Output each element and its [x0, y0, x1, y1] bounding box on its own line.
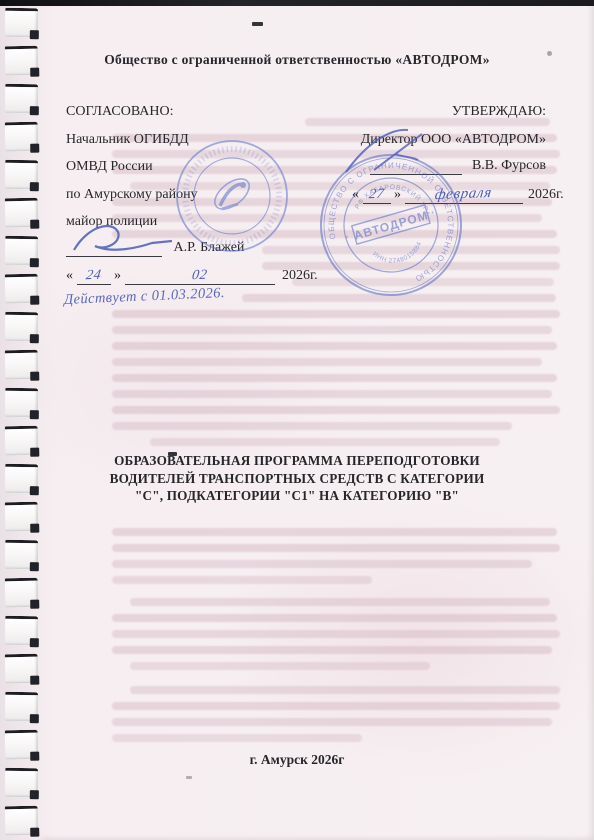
- scanned-document-page: Общество с ограниченной ответственностью…: [0, 0, 594, 840]
- binding-tooth: [5, 198, 39, 228]
- binding-tooth: [5, 502, 39, 532]
- bleed-through-line: [112, 374, 557, 382]
- police-round-stamp: [172, 136, 292, 256]
- bleed-through-line: [112, 310, 560, 318]
- binding-tooth: [5, 236, 38, 265]
- bleed-through-line: [130, 686, 560, 694]
- svg-text:ИНН 2748015884: ИНН 2748015884: [370, 237, 427, 271]
- binding-tooth: [5, 122, 39, 152]
- agreed-line-1: Начальник ОГИБДД: [66, 132, 189, 148]
- binding-tooth: [5, 160, 38, 189]
- bleed-through-line: [112, 614, 557, 622]
- quote-open: «: [66, 268, 73, 283]
- stamp-inn-text: ИНН 2748015884: [370, 237, 427, 271]
- bleed-through-line: [112, 342, 557, 350]
- bleed-through-line: [112, 718, 552, 726]
- scan-speck: [252, 22, 263, 26]
- agreed-day-handwritten: 24: [85, 268, 103, 285]
- binding-tooth: [5, 84, 38, 113]
- agreed-month-handwritten: 02: [191, 268, 209, 285]
- bleed-through-line: [112, 646, 552, 654]
- agreed-line-2: ОМВД России: [66, 159, 153, 175]
- document-title: ОБРАЗОВАТЕЛЬНАЯ ПРОГРАММА ПЕРЕПОДГОТОВКИ…: [40, 452, 554, 505]
- document-title-line-1: ОБРАЗОВАТЕЛЬНАЯ ПРОГРАММА ПЕРЕПОДГОТОВКИ: [40, 452, 554, 470]
- scan-speck: [186, 776, 192, 779]
- bleed-through-line: [112, 422, 512, 430]
- binding-tooth: [5, 616, 38, 645]
- document-title-line-2: ВОДИТЕЛЕЙ ТРАНСПОРТНЫХ СРЕДСТВ С КАТЕГОР…: [40, 470, 554, 488]
- approved-signer-name: В.В. Фурсов: [472, 158, 546, 173]
- agreed-year: 2026г.: [282, 268, 318, 283]
- bleed-through-line: [112, 702, 560, 710]
- binding-tooth: [5, 8, 38, 37]
- bleed-through-line: [150, 438, 500, 446]
- bleed-through-line: [130, 598, 550, 606]
- bleed-through-line: [112, 528, 557, 536]
- document-title-line-3: "С", ПОДКАТЕГОРИИ "С1" НА КАТЕГОРИЮ "В": [40, 487, 554, 505]
- bleed-through-line: [112, 544, 560, 552]
- bleed-through-line: [112, 326, 552, 334]
- binding-tooth: [5, 274, 39, 304]
- approved-heading: УТВЕРЖДАЮ:: [346, 104, 546, 120]
- binding-tooth: [5, 692, 38, 721]
- bleed-through-line: [112, 358, 542, 366]
- bleed-through-line: [112, 630, 560, 638]
- stamp-ring-text-illegible: [185, 149, 279, 243]
- scan-top-edge: [0, 0, 594, 6]
- handwritten-note: Действует с 01.03.2026.: [64, 285, 226, 309]
- bleed-through-line: [130, 662, 430, 670]
- binding-tooth: [5, 426, 39, 456]
- stamp-star-right: *: [431, 211, 436, 219]
- agreed-date-row: « 24 » 02 2026г.: [66, 268, 318, 285]
- city-year: г. Амурск 2026г: [0, 752, 594, 768]
- agreed-heading: СОГЛАСОВАНО:: [66, 104, 174, 120]
- bleed-through-line: [112, 576, 372, 584]
- binding-tooth: [5, 578, 39, 608]
- binding-tooth: [5, 350, 39, 380]
- stamp-center-text: АВТОДРОМ: [352, 208, 430, 243]
- binding-tooth: [5, 806, 39, 836]
- bleed-through-line: [112, 734, 362, 742]
- binding-tooth: [5, 654, 39, 684]
- binding-tooth: [5, 388, 38, 417]
- bleed-through-line: [112, 390, 552, 398]
- binding-tooth: [5, 540, 38, 569]
- binding-tooth: [5, 464, 38, 493]
- organization-name: Общество с ограниченной ответственностью…: [0, 52, 594, 68]
- scan-speck: [30, 793, 35, 796]
- binding-tooth: [5, 312, 38, 341]
- approved-year: 2026г.: [528, 187, 564, 202]
- bleed-through-line: [112, 406, 560, 414]
- bleed-through-line: [112, 560, 532, 568]
- stamp-star-left: *: [345, 235, 350, 243]
- quote-close: »: [114, 268, 121, 283]
